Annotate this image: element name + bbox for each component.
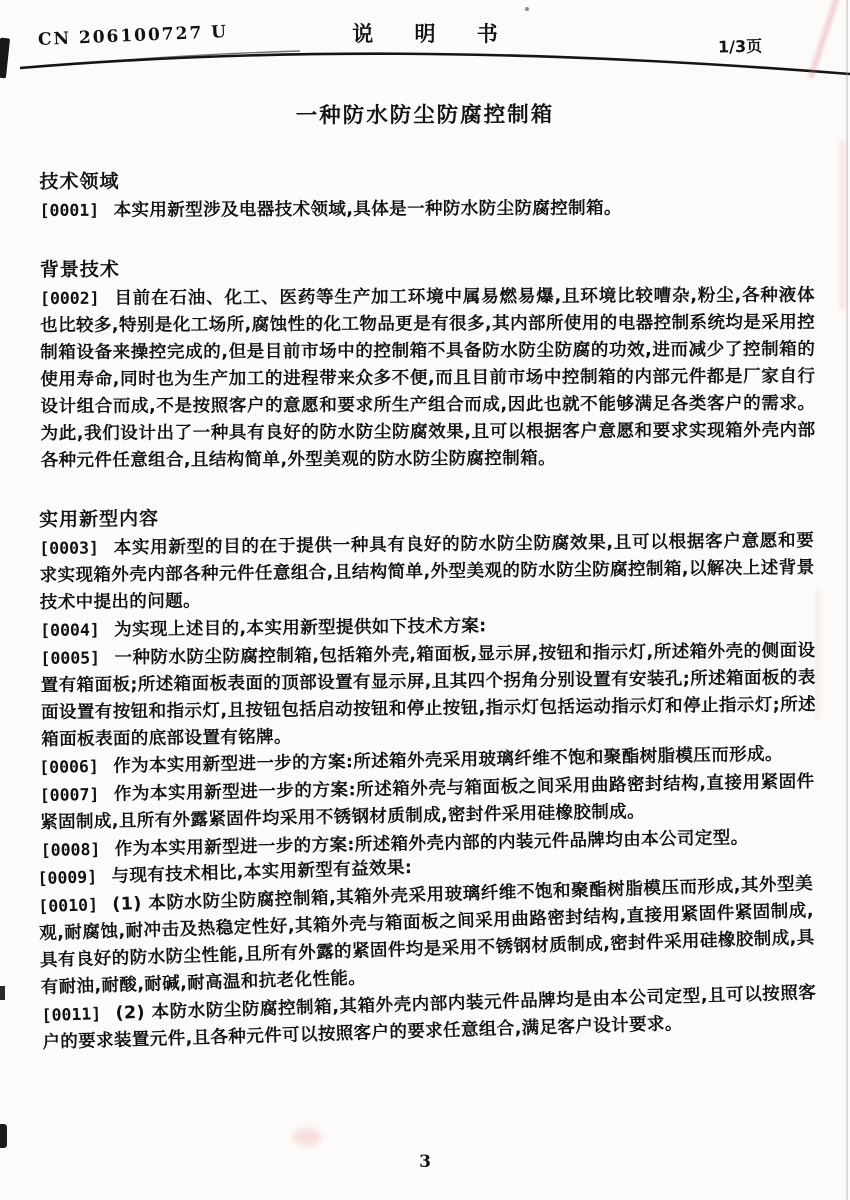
page-indicator: 1/3页 [718,34,763,58]
para-text: 一种防水防尘防腐控制箱,包括箱外壳,箱面板,显示屏,按钮和指示灯,所述箱外壳的侧… [41,641,816,750]
section-heading-technical-field: 技术领域 [39,126,814,197]
paragraph-0001: [0001]本实用新型涉及电器技术领域,具体是一种防水防尘防腐控制箱。 [40,194,815,225]
scan-edge-mark [0,1124,7,1148]
para-tag: [0006] [39,753,113,781]
patent-document-page: CN 206100727 U 说 明 书 1/3页 一种防水防尘防腐控制箱 技术… [0,0,850,1200]
para-tag: [0008] [41,836,115,864]
para-text: 为实现上述目的,本实用新型提供如下技术方案: [114,616,487,640]
para-tag: [0010] [38,891,113,920]
para-text: 本实用新型涉及电器技术领域,具体是一种防水防尘防腐控制箱。 [114,198,622,220]
para-text: (1) 本防水防尘防腐控制箱,其箱外壳采用玻璃纤维不饱和聚酯树脂模压而形成,其外… [39,874,815,998]
para-tag: [0009] [37,863,112,892]
page-number: 3 [0,1152,850,1172]
para-text: 作为本实用新型进一步的方案:所述箱外壳与箱面板之间采用曲路密封结构,直接用紧固件… [40,772,815,833]
para-text: 本实用新型的目的在于提供一种具有良好的防水防尘防腐效果,且可以根据客户意愿和要求… [39,531,814,613]
section-heading-background: 背景技术 [40,222,815,285]
content-group-top: 技术领域 [0001]本实用新型涉及电器技术领域,具体是一种防水防尘防腐控制箱。… [39,126,816,475]
paragraph-0005: [0005]一种防水防尘防腐控制箱,包括箱外壳,箱面板,显示屏,按钮和指示灯,所… [40,637,816,754]
para-tag: [0005] [40,644,114,672]
para-tag: [0007] [39,781,113,809]
para-tag: [0011] [41,1000,116,1029]
document-body: 技术领域 [0001]本实用新型涉及电器技术领域,具体是一种防水防尘防腐控制箱。… [0,129,850,1057]
para-tag: [0001] [40,197,114,224]
scan-pink-smudge [293,1128,321,1146]
para-tag: [0003] [39,534,113,562]
para-tag: [0004] [40,616,114,644]
content-group-summary: 实用新型内容 [0003]本实用新型的目的在于提供一种具有良好的防水防尘防腐效果… [39,467,817,754]
page-header: CN 206100727 U 说 明 书 1/3页 [0,0,850,70]
paragraph-0002: [0002]目前在石油、化工、医药等生产加工环境中属易燃易爆,且环境比较嘈杂,粉… [40,282,816,475]
paragraph-0003: [0003]本实用新型的目的在于提供一种具有良好的防水防尘防腐效果,且可以根据客… [39,527,815,617]
content-group-advantages: [0009]与现有技术相比,本实用新型有益效果: [0010](1) 本防水防尘… [37,842,817,1057]
para-tag: [0002] [40,285,114,312]
section-heading-utility-content: 实用新型内容 [39,467,815,535]
para-text: 目前在石油、化工、医药等生产加工环境中属易燃易爆,且环境比较嘈杂,粉尘,各种液体… [40,286,816,471]
